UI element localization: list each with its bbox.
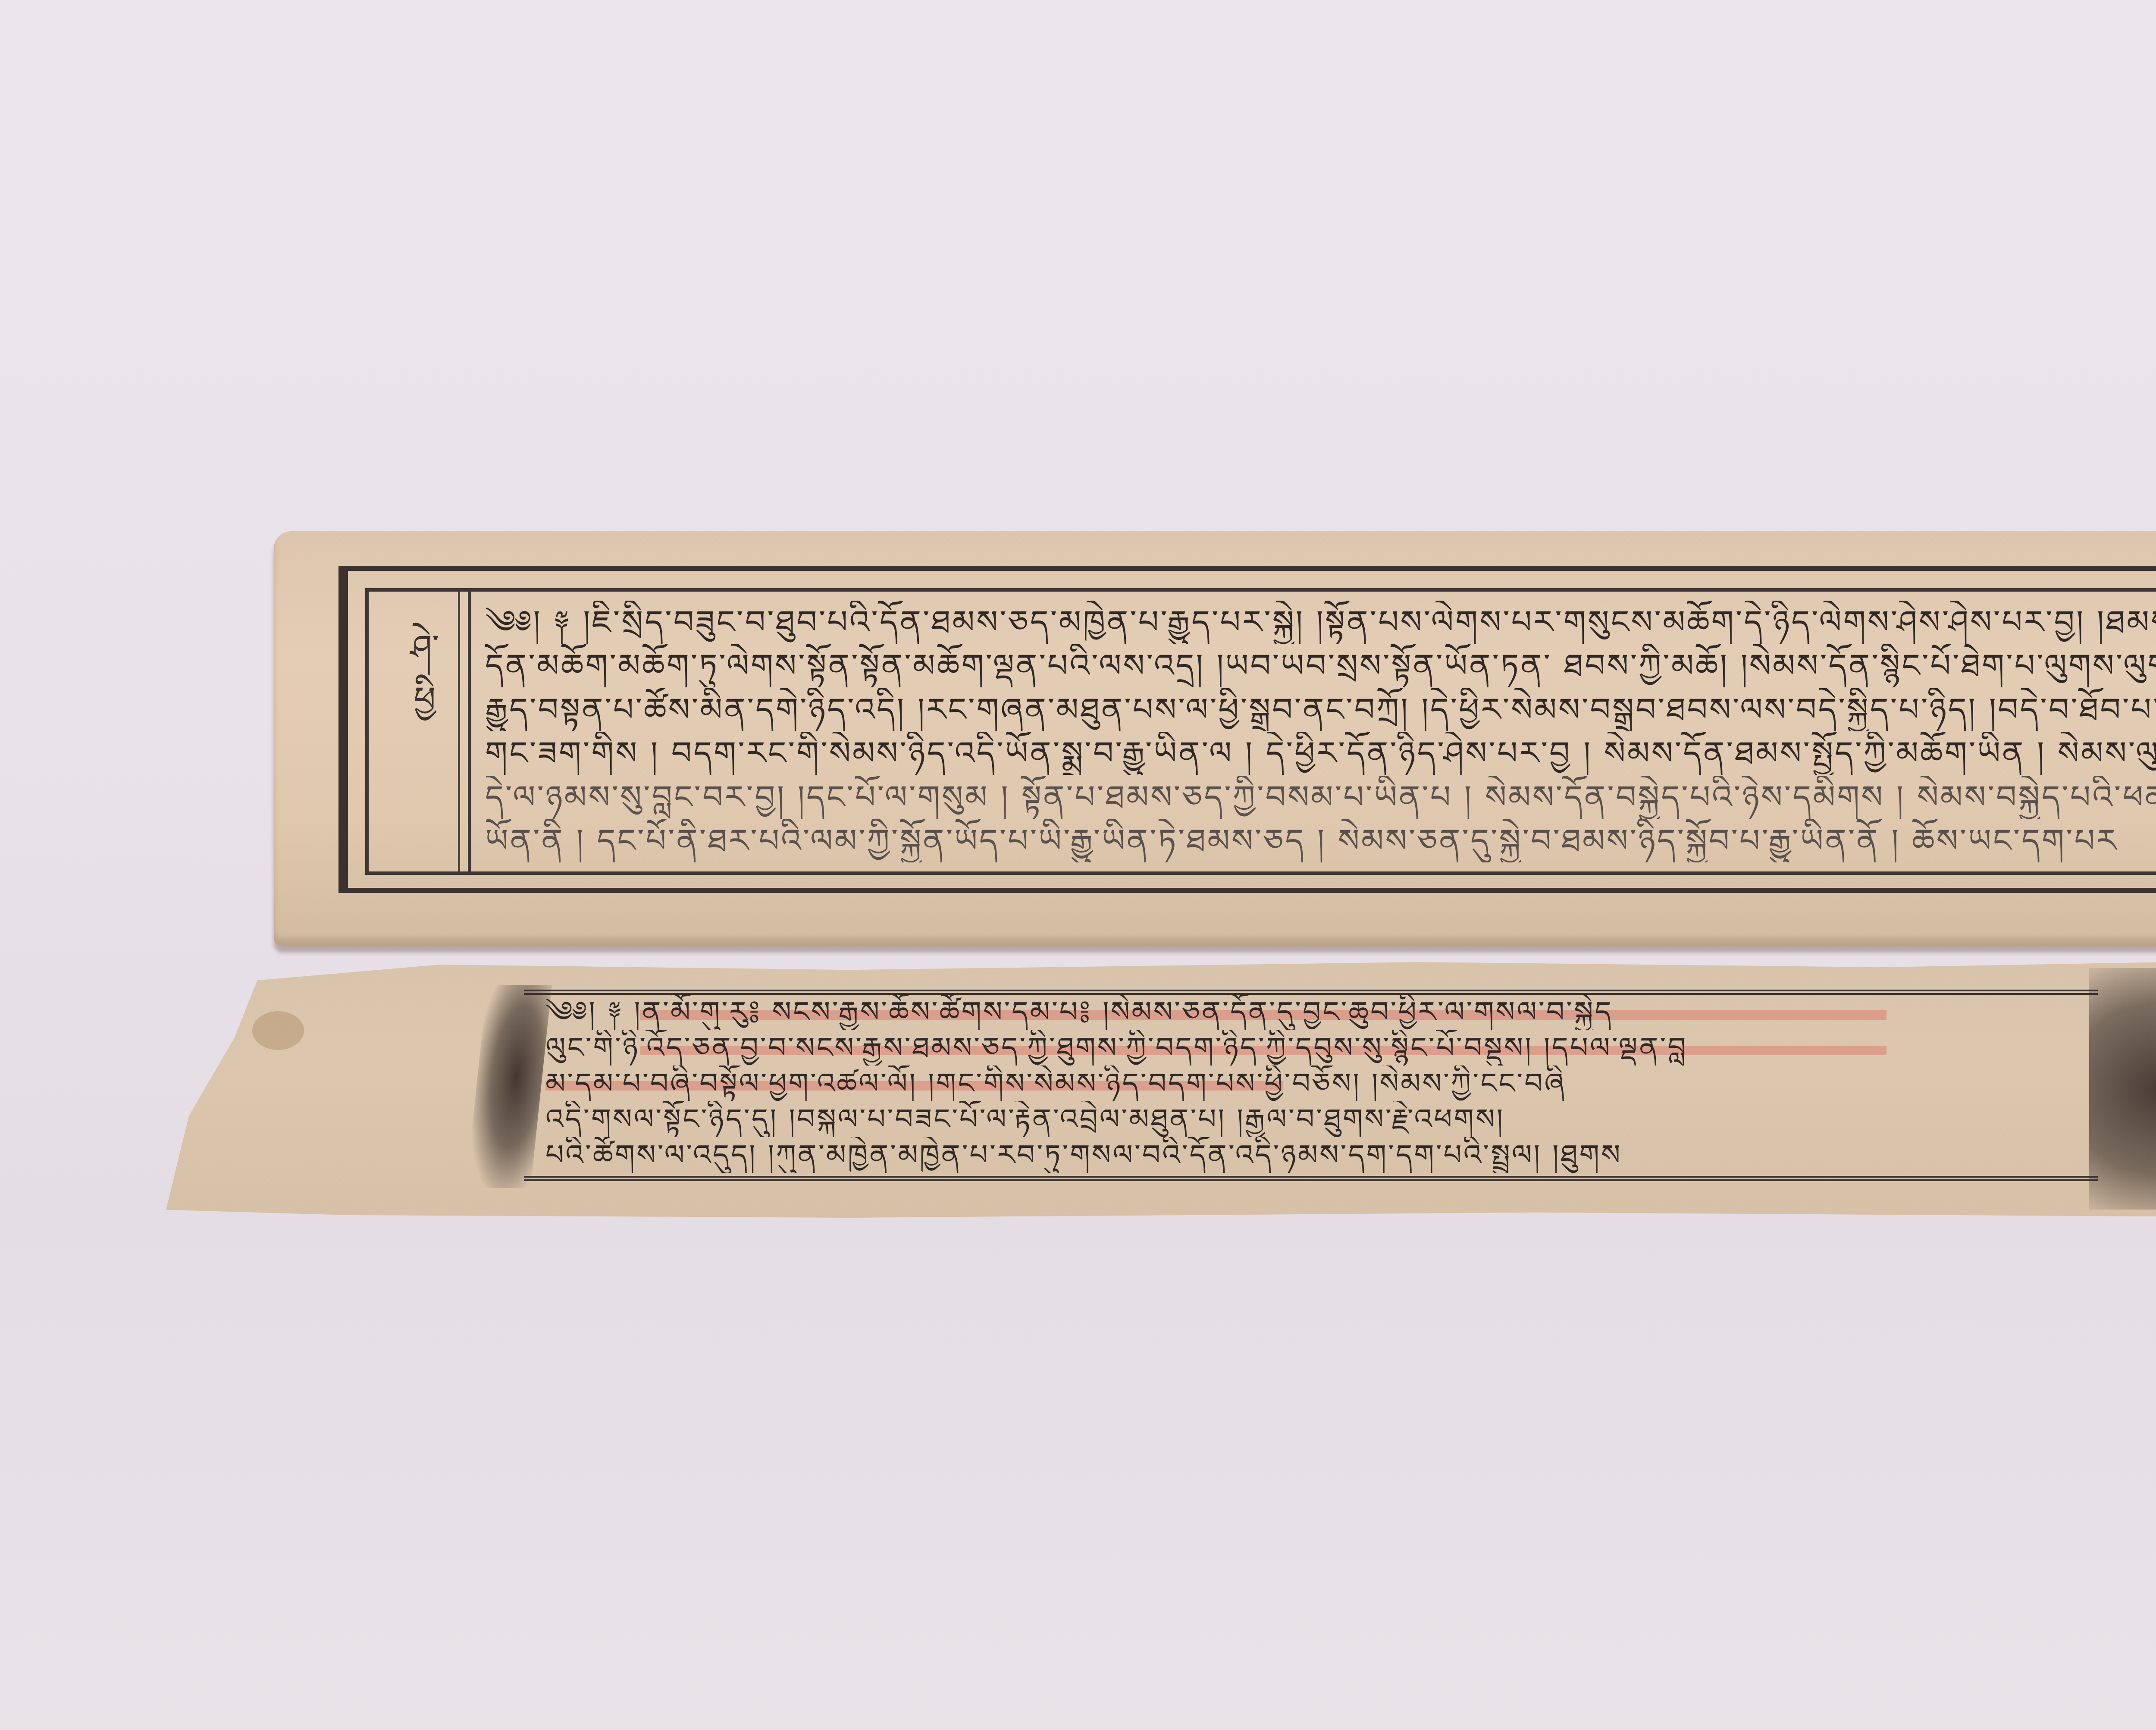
text-block: ༄༅། ༈ །ཇི་སྲིད་བཟུང་བ་ཐུབ་པའི་དོན་ཐམས་ཅད…	[485, 600, 2156, 863]
text-block: ༄༅། ༈ །ན་མོ་གུ་རུ༔ སངས་རྒྱས་ཆོས་ཚོགས་དམ་…	[545, 994, 2093, 1173]
text-line: མ་དམ་པ་བཞི་བསྟོལ་ཕྱག་འཚལ་ལོ། །གང་གིས་སེམ…	[545, 1066, 2093, 1101]
manuscript-folio-bottom: ༄༅། ༈ །ན་མོ་གུ་རུ༔ སངས་རྒྱས་ཆོས་ཚོགས་དམ་…	[166, 959, 2156, 1220]
printed-border-frame: ཤེ་ ཕྱི ༄༅། ༈ །ཇི་སྲིད་བཟུང་བ་ཐུབ་པའི་དོ…	[338, 566, 2156, 893]
ink-smudge-right	[2089, 968, 2156, 1210]
text-line: ལུང་གི་ཉི་འོད་ཅན་བྱ་བ་སངས་རྒྱས་ཐམས་ཅད་ཀྱ…	[545, 1030, 2093, 1066]
text-line: རྒྱུད་བསྟན་པ་ཚོས་མིན་དགེ་ཉིད་འདི། །རང་གཞ…	[485, 688, 2156, 731]
inner-border-frame: ཤེ་ ཕྱི ༄༅། ༈ །ཇི་སྲིད་བཟུང་བ་ཐུབ་པའི་དོ…	[365, 588, 2156, 875]
paper-stain	[252, 1011, 304, 1050]
manuscript-folio-top: ཤེ་ ཕྱི ༄༅། ༈ །ཇི་སྲིད་བཟུང་བ་ཐུབ་པའི་དོ…	[274, 531, 2156, 946]
left-margin-panel: ཤེ་ ཕྱི	[369, 592, 471, 871]
text-line: ཡོན་ནི ། དང་པོ་ནི་ཐར་པའི་ལམ་ཀྱི་སྐྱོན་ཡོ…	[485, 819, 2156, 862]
margin-title-label: ཤེ་ ཕྱི	[399, 622, 451, 725]
text-line: གང་ཟག་གིས ། བདག་རང་གི་སེམས་ཉིད་འདི་ཡོན་ས…	[485, 732, 2156, 775]
text-line: ༄༅། ༈ །ཇི་སྲིད་བཟུང་བ་ཐུབ་པའི་དོན་ཐམས་ཅད…	[485, 601, 2156, 644]
text-line: དོན་མཆོག་མཆོག་ཏུ་ལེགས་སྟོན་སྟོན་མཆོག་ལྡན…	[485, 644, 2156, 687]
text-line: དེ་ལ་ཉམས་སུ་བླང་བར་བྱ། །དང་པོ་ལ་གསུམ ། ས…	[485, 776, 2156, 819]
text-line: ༄༅། ༈ །ན་མོ་གུ་རུ༔ སངས་རྒྱས་ཆོས་ཚོགས་དམ་…	[545, 994, 2093, 1030]
text-line: པའི་ཚོགས་ལ་འདུད། །ཀུན་མཁྱེན་མཁྱེན་པ་རབ་ཏ…	[545, 1137, 2093, 1173]
text-line: འདི་གསལ་སྟོང་ཉིད་དུ། །བསྐལ་པ་བཟང་པོ་ལ་རྟ…	[545, 1101, 2093, 1137]
